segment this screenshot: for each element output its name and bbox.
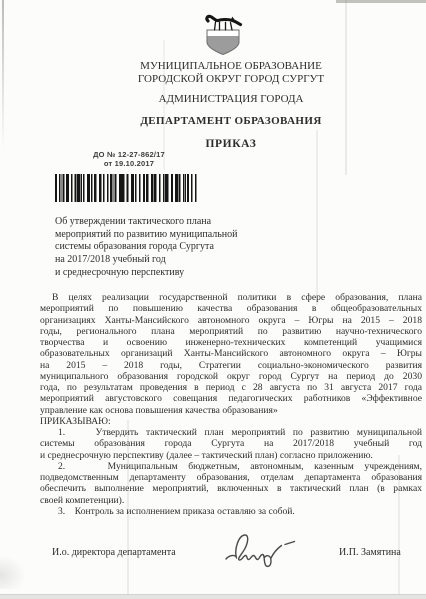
text-line: и среднесрочную перспективу (55, 267, 295, 280)
scan-edge-left (2, 0, 4, 150)
text-line: и среднесрочную перспективу (далее – так… (40, 450, 422, 461)
scan-edge-top (336, 0, 426, 3)
document-page: МУНИЦИПАЛЬНОЕ ОБРАЗОВАНИЕГОРОДСКОЙ ОКРУГ… (0, 0, 426, 599)
scan-edge-bottom (0, 594, 426, 599)
text-line: мероприятий по развитию муниципальной (55, 229, 295, 242)
surgut-coat-of-arms-icon (202, 12, 246, 58)
text-line: 2. Муниципальным бюджетным, автономным, … (40, 461, 422, 472)
registration-stamp: ДО № 12-27-862/17 от 19.10.2017 (84, 151, 174, 169)
org-name-line1: МУНИЦИПАЛЬНОЕ ОБРАЗОВАНИЕ (140, 60, 322, 72)
text-line: организациях Ханты-Мансийского автономно… (40, 315, 422, 326)
text-line: своей компетенции). (40, 495, 422, 506)
text-line: 3. Контроль за исполнением приказа остав… (40, 506, 422, 517)
order-body: В целях реализации государственной полит… (40, 292, 422, 517)
department-line: ДЕПАРТАМЕНТ ОБРАЗОВАНИЯ (40, 115, 422, 127)
scan-smudge (0, 555, 26, 589)
text-line: 1. Утвердить тактический план мероприяти… (40, 427, 422, 438)
text-line: мероприятий по повышению качества образо… (40, 303, 422, 314)
text-line: системы образования города Сургута на 20… (40, 438, 422, 449)
org-name: МУНИЦИПАЛЬНОЕ ОБРАЗОВАНИЕГОРОДСКОЙ ОКРУГ… (40, 60, 422, 85)
text-line: обеспечить выполнение мероприятий, включ… (40, 483, 422, 494)
scan-crease (316, 130, 318, 305)
org-name-line2: ГОРОДСКОЙ ОКРУГ ГОРОД СУРГУТ (138, 73, 324, 85)
text-line: муниципального образования городской окр… (40, 371, 422, 382)
signer-name: И.П. Замятина (339, 547, 401, 558)
text-line: на 2015 – 2018 годы, Стратегии социально… (40, 360, 422, 371)
text-line: года, по результатам проведения в период… (40, 382, 422, 393)
text-line: образовательных организаций Ханты-Мансий… (40, 348, 422, 359)
text-line: системы образования города Сургута (55, 241, 295, 254)
document-type-title: ПРИКАЗ (40, 138, 422, 150)
text-line: подведомственным департаменту образовани… (40, 472, 422, 483)
text-line: на 2017/2018 учебный год (55, 254, 295, 267)
text-line: управление как основа повышения качества… (40, 405, 422, 416)
handwritten-signature-icon (220, 528, 304, 572)
text-line: Об утверждении тактического плана (55, 216, 295, 229)
barcode-icon (55, 174, 197, 202)
text-line: годы, регионального плана мероприятий по… (40, 326, 422, 337)
signer-position: И.о. директора департамента (52, 547, 176, 558)
text-line: мероприятий августовского совещания педа… (40, 393, 422, 404)
administration-line: АДМИНИСТРАЦИЯ ГОРОДА (40, 93, 422, 105)
text-line: ПРИКАЗЫВАЮ: (40, 416, 422, 427)
text-line: творчества и освоению инженерно-техничес… (40, 337, 422, 348)
subject-block: Об утверждении тактического планамеропри… (55, 216, 295, 280)
stamp-date: от 19.10.2017 (84, 160, 174, 169)
text-line: В целях реализации государственной полит… (40, 292, 422, 303)
